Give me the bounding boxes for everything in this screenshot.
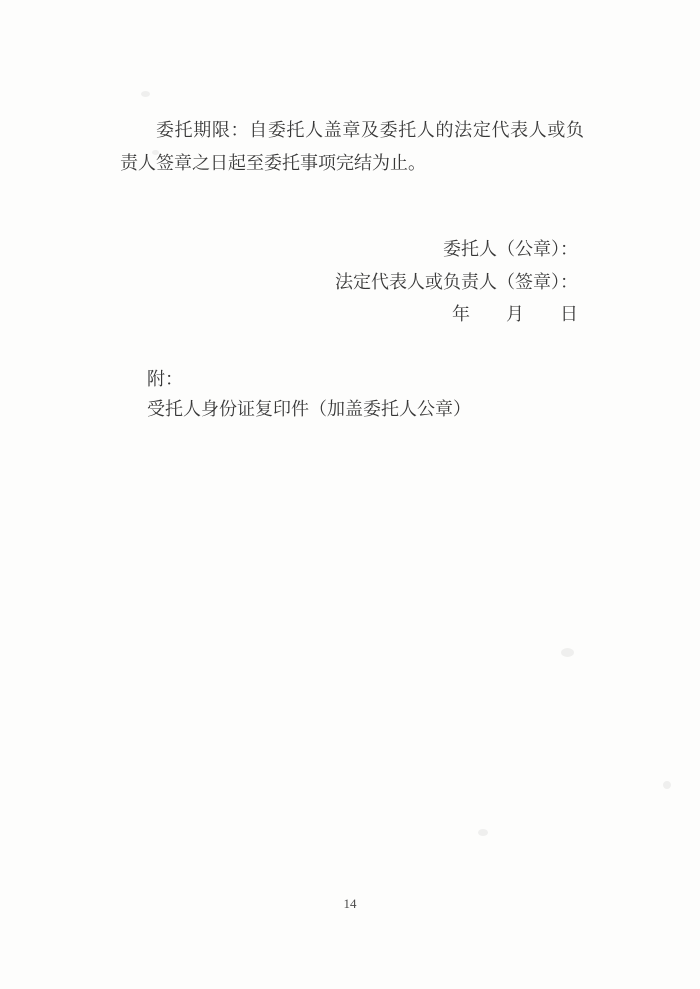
legal-representative-signature-line: 法定代表人或负责人（签章）：	[335, 266, 578, 299]
scan-noise-speck	[561, 648, 574, 657]
attachment-block: 附： 受托人身份证复印件（加盖委托人公章）	[147, 364, 471, 424]
delegation-term-paragraph: 委托期限：自委托人盖章及委托人的法定代表人或负责人签章之日起至委托事项完结为止。	[120, 114, 584, 180]
principal-seal-line: 委托人（公章）：	[335, 233, 578, 266]
signature-block: 委托人（公章）： 法定代表人或负责人（签章）： 年 月 日	[335, 233, 578, 331]
scan-noise-speck	[152, 150, 159, 155]
attachment-label: 附：	[147, 364, 471, 394]
date-line: 年 月 日	[335, 298, 578, 331]
scanned-document-page: 委托期限：自委托人盖章及委托人的法定代表人或负责人签章之日起至委托事项完结为止。…	[0, 0, 700, 989]
scan-noise-speck	[141, 91, 150, 97]
attachment-item: 受托人身份证复印件（加盖委托人公章）	[147, 394, 471, 424]
page-number: 14	[0, 896, 700, 912]
scan-noise-speck	[663, 781, 671, 789]
scan-noise-speck	[478, 829, 488, 836]
